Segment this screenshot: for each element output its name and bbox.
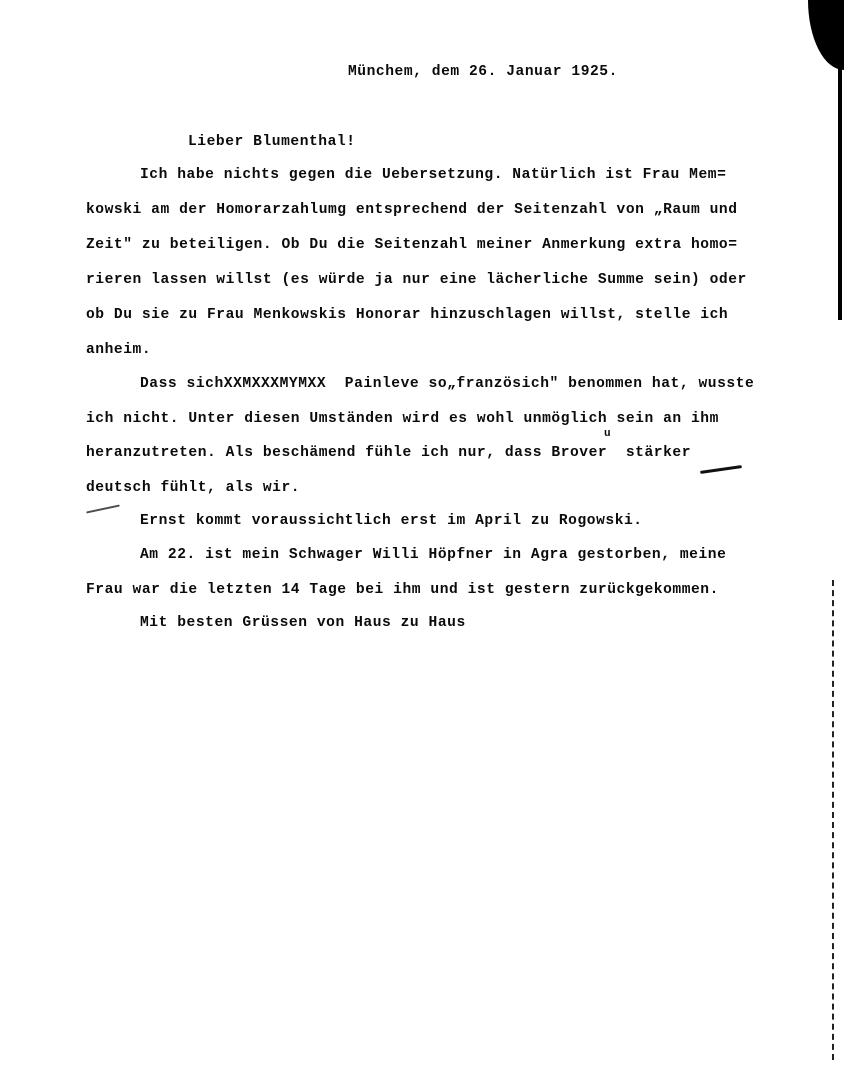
interlinear-correction: u <box>604 428 611 440</box>
body-line: ob Du sie zu Frau Menkowskis Honorar hin… <box>86 306 728 324</box>
pen-mark <box>700 465 742 474</box>
closing-line: Mit besten Grüssen von Haus zu Haus <box>140 614 466 632</box>
body-line: ich nicht. Unter diesen Umständen wird e… <box>86 410 719 428</box>
body-line: heranzutreten. Als beschämend fühle ich … <box>86 444 691 462</box>
dateline: Münchem, dem 26. Januar 1925. <box>348 63 618 81</box>
body-line: Ernst kommt voraussichtlich erst im Apri… <box>140 512 643 530</box>
body-line: kowski am der Homorarzahlumg entsprechen… <box>86 201 738 219</box>
body-line: deutsch fühlt, als wir. <box>86 479 300 497</box>
scan-edge-speckle <box>832 580 834 1060</box>
pen-mark <box>86 504 120 513</box>
body-line: Frau war die letzten 14 Tage bei ihm und… <box>86 581 719 599</box>
body-line: Ich habe nichts gegen die Uebersetzung. … <box>140 166 726 184</box>
body-line: rieren lassen willst (es würde ja nur ei… <box>86 271 747 289</box>
scan-edge-shadow <box>838 60 842 320</box>
body-line: Dass sichXXMXXXMYMXX Painleve so„französ… <box>140 375 754 393</box>
scanned-letter-page: Münchem, dem 26. Januar 1925. Lieber Blu… <box>0 0 844 1072</box>
body-line: Zeit" zu beteiligen. Ob Du die Seitenzah… <box>86 236 738 254</box>
salutation: Lieber Blumenthal! <box>188 133 356 151</box>
body-line: anheim. <box>86 341 151 359</box>
body-line: Am 22. ist mein Schwager Willi Höpfner i… <box>140 546 726 564</box>
